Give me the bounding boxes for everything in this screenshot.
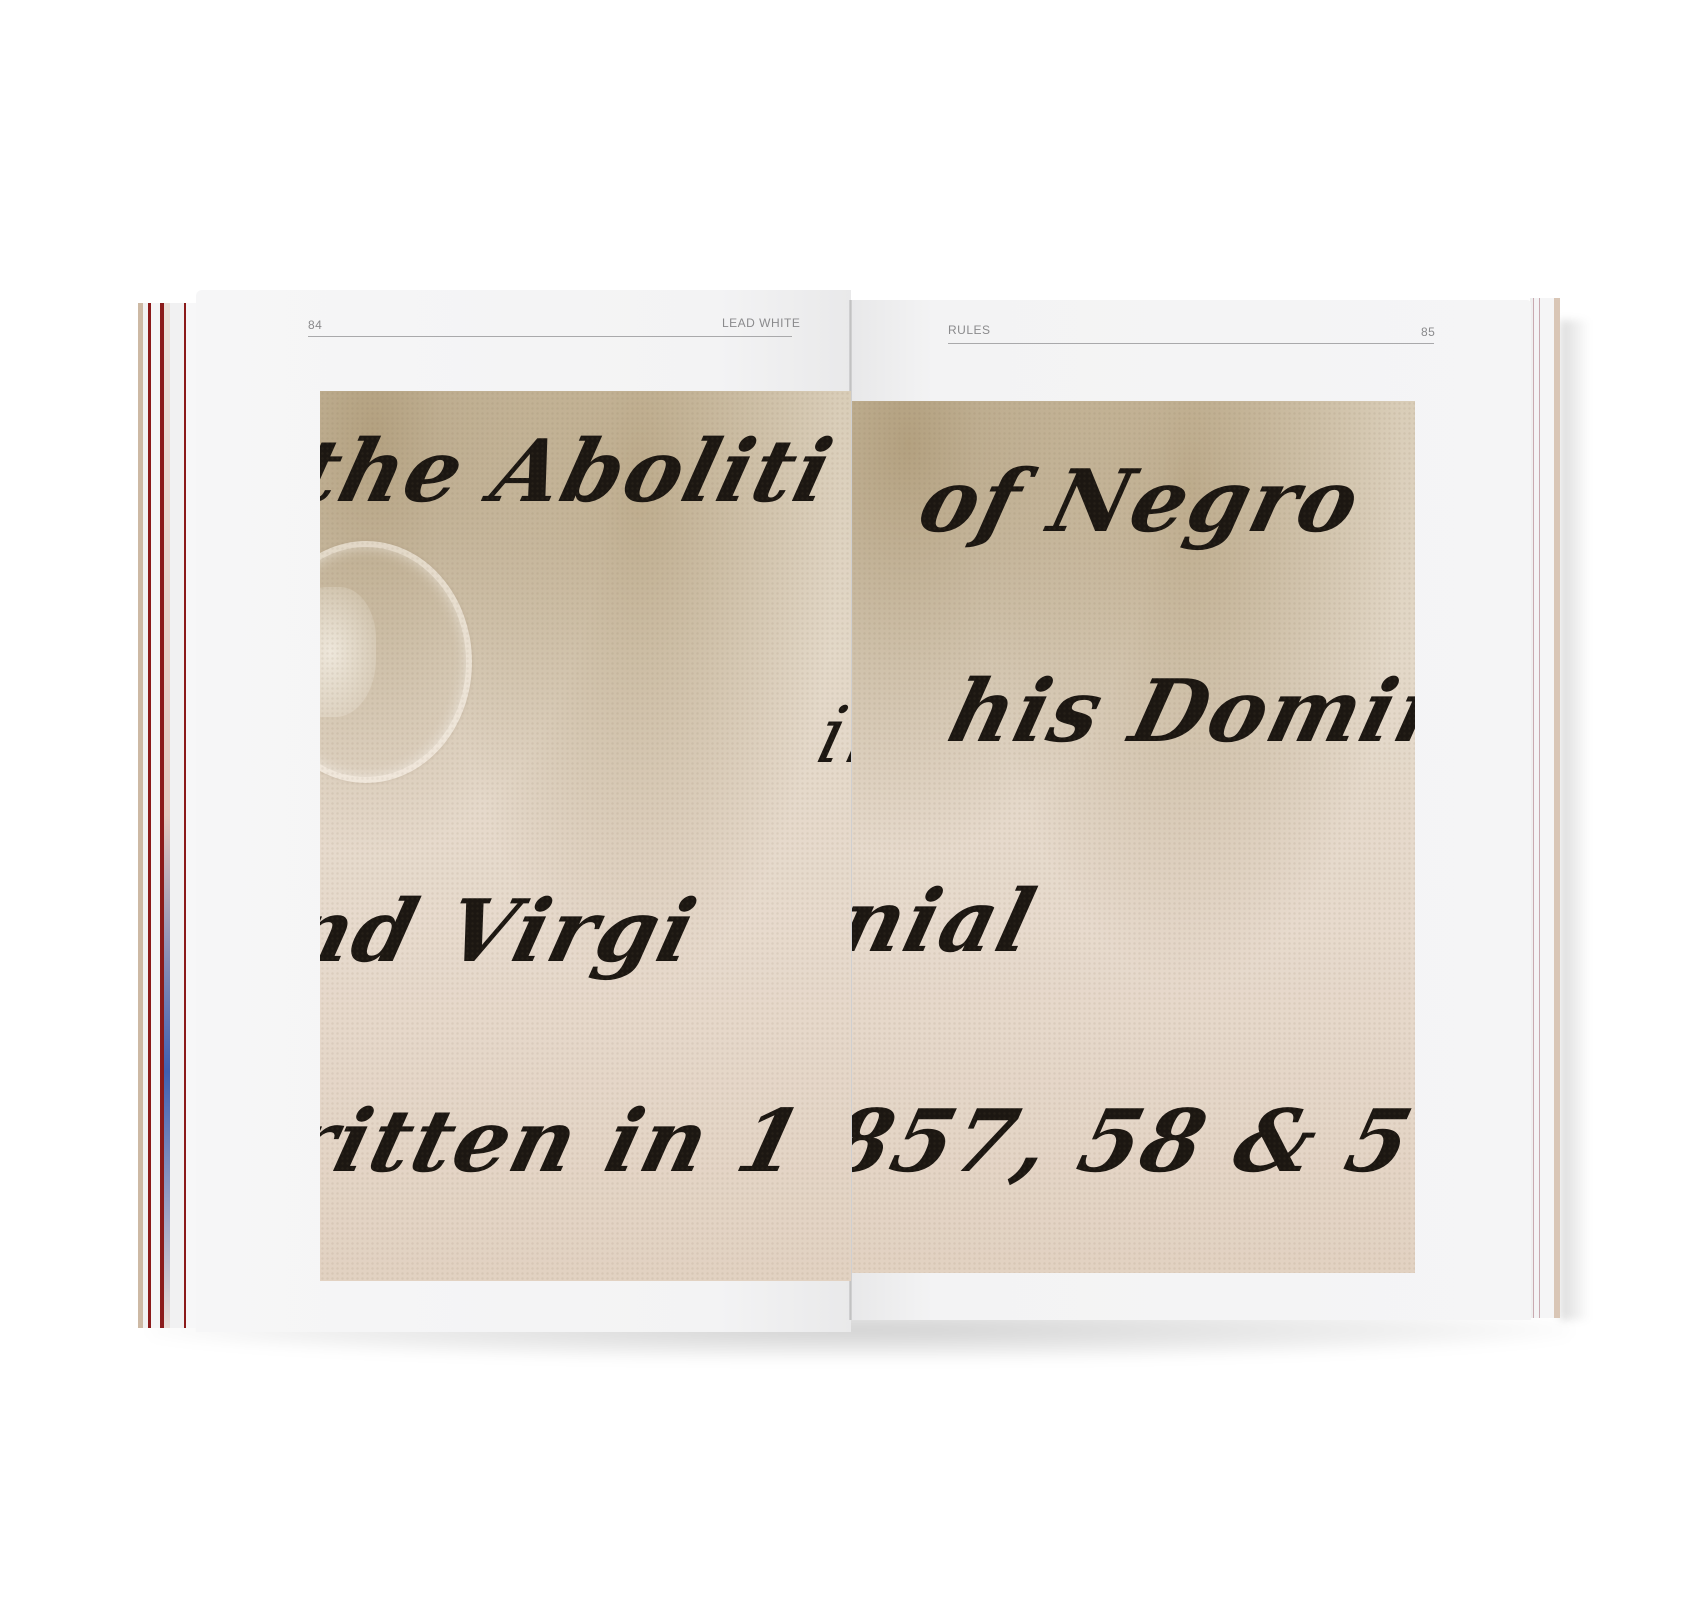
- handwriting-line-3-right: nial: [852, 871, 1046, 972]
- handwriting-line-1-left: the Aboliti: [320, 421, 843, 522]
- embossed-seal: [320, 541, 472, 783]
- handwriting-line-2-right: his Domin: [939, 661, 1415, 762]
- left-running-head: LEAD WHITE: [722, 316, 800, 330]
- handwriting-line-1-right: of Negro: [909, 451, 1371, 552]
- left-page-number: 84: [308, 318, 322, 332]
- left-header-rule: [308, 336, 792, 337]
- book-spread-photo: 84 LEAD WHITE RULES 85 the Aboliti in nd…: [0, 0, 1700, 1600]
- right-page-edges: [1530, 298, 1564, 1318]
- handwriting-line-2-left: in: [809, 691, 851, 781]
- right-page-number: 85: [1421, 325, 1435, 339]
- manuscript-photo-right: of Negro his Domin nial 857, 58 & 5: [852, 401, 1415, 1273]
- handwriting-line-3-left: nd Virgi: [320, 881, 707, 982]
- book-side-shadow: [1560, 320, 1590, 1320]
- handwriting-line-4-left: ritten in 1: [320, 1091, 814, 1192]
- left-page-edges: [138, 303, 198, 1328]
- right-header-rule: [948, 343, 1434, 344]
- right-running-head: RULES: [948, 323, 991, 337]
- manuscript-photo-left: the Aboliti in nd Virgi ritten in 1: [320, 391, 851, 1281]
- handwriting-line-4-right: 857, 58 & 5: [852, 1091, 1415, 1192]
